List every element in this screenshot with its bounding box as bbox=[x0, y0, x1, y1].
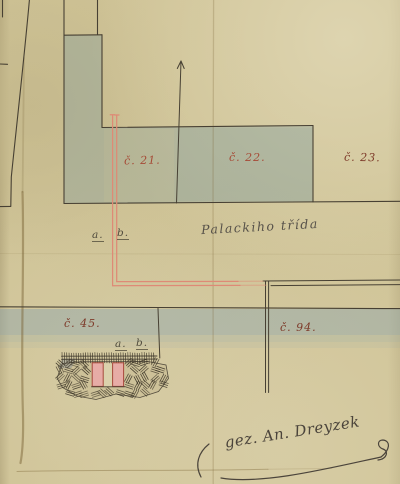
parcel-label-23: č. 23. bbox=[344, 151, 381, 165]
street-south-edge bbox=[0, 307, 400, 309]
scanned-site-plan: č. 21. č. 22. č. 23. a. b. Palackiho tří… bbox=[0, 0, 400, 484]
paper-fold-creases bbox=[0, 0, 400, 484]
section-marker-b-upper: b. bbox=[117, 227, 129, 240]
plan-drawing bbox=[0, 0, 400, 484]
wall-section-gap bbox=[103, 363, 112, 386]
parcel-label-21: č. 21. bbox=[124, 154, 161, 168]
wall-section-pier-left bbox=[92, 363, 103, 387]
parcel-label-94: č. 94. bbox=[280, 321, 317, 334]
section-marker-a-upper: a. bbox=[92, 229, 104, 242]
wall-section-pier-right bbox=[113, 363, 124, 387]
section-marker-a-lower: a. bbox=[115, 338, 127, 351]
wall-section-drawing bbox=[56, 352, 169, 399]
section-marker-b-lower: b. bbox=[136, 337, 148, 350]
parcel-wash-lower bbox=[0, 309, 400, 348]
parcel-label-45: č. 45. bbox=[64, 317, 101, 330]
parcel-label-22: č. 22. bbox=[229, 151, 266, 164]
left-parcel-lines bbox=[0, 0, 30, 207]
